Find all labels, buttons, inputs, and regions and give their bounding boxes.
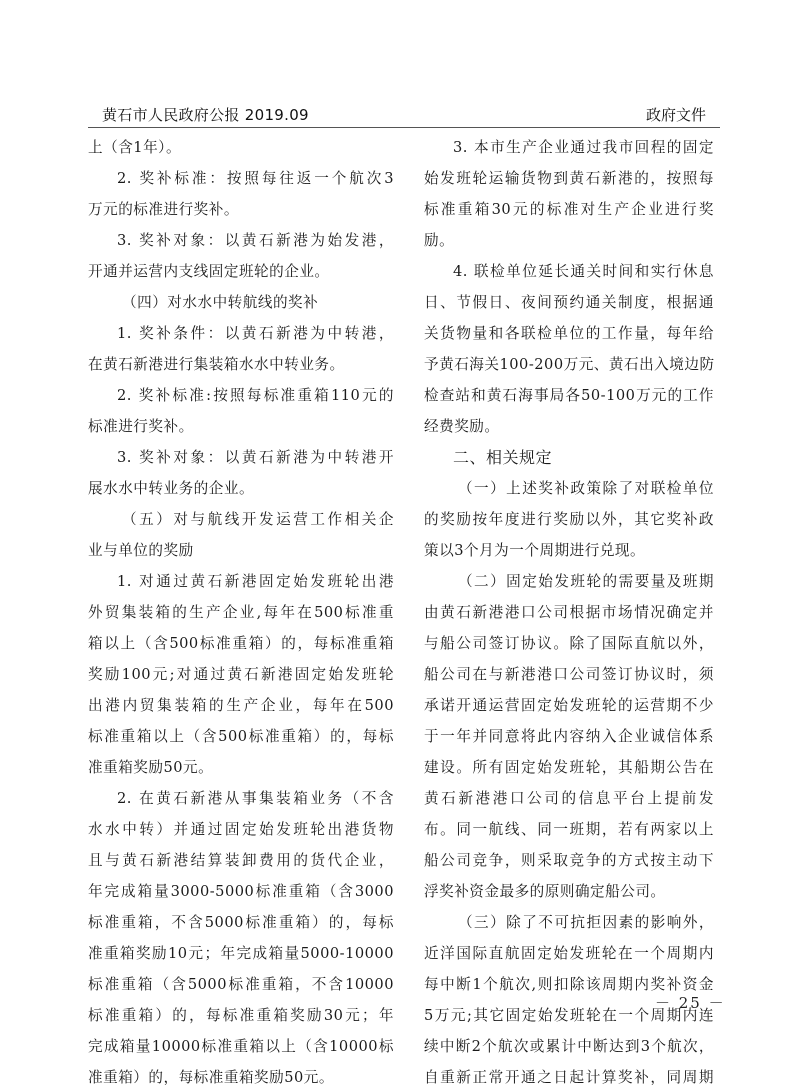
text-line: 外贸集装箱的生产企业,每年在500标准重 (88, 597, 394, 628)
text-line: 承诺开通运营固定始发班轮的运营期不少 (424, 690, 714, 721)
text-line: 2. 奖补标准:按照每标准重箱110元的 (88, 380, 394, 411)
text-line: 且与黄石新港结算装卸费用的货代企业， (88, 845, 394, 876)
text-line: （二）固定始发班轮的需要量及班期 (424, 566, 714, 597)
text-line: （一）上述奖补政策除了对联检单位 (424, 473, 714, 504)
text-line: 1. 对通过黄石新港固定始发班轮出港 (88, 566, 394, 597)
text-line: 由黄石新港港口公司根据市场情况确定并 (424, 597, 714, 628)
text-line: 上（含1年）。 (88, 132, 394, 163)
publication-title: 黄石市人民政府公报 2019.09 (102, 104, 309, 125)
text-line: 2. 在黄石新港从事集装箱业务（不含 (88, 783, 394, 814)
text-line: 3. 本市生产企业通过我市回程的固定 (424, 132, 714, 163)
text-line: 开通并运营内支线固定班轮的企业。 (88, 256, 394, 287)
text-line: 始发班轮运输货物到黄石新港的，按照每 (424, 163, 714, 194)
text-line: 万元的标准进行奖补。 (88, 194, 394, 225)
text-line: 箱以上（含500标准重箱）的，每标准重箱 (88, 628, 394, 659)
text-line: 3. 奖补对象：以黄石新港为始发港， (88, 225, 394, 256)
text-line: 自重新正常开通之日起计算奖补，同周期 (424, 1062, 714, 1085)
text-line: 准重箱）的，每标准重箱奖励50元。 (88, 1062, 394, 1085)
text-line: 准重箱奖励10元；年完成箱量5000-10000 (88, 938, 394, 969)
page-number: － 25 － (655, 992, 726, 1013)
text-line: 船公司在与新港港口公司签订协议时，须 (424, 659, 714, 690)
text-line: 展水水中转业务的企业。 (88, 473, 394, 504)
text-line: 建设。所有固定始发班轮，其船期公告在 (424, 752, 714, 783)
text-line: 水水中转）并通过固定始发班轮出港货物 (88, 814, 394, 845)
running-header: 黄石市人民政府公报 2019.09 政府文件 (88, 100, 720, 128)
text-line: 经费奖励。 (424, 411, 714, 442)
text-line: 2. 奖补标准：按照每往返一个航次3 (88, 163, 394, 194)
text-line: 关货物量和各联检单位的工作量，每年给 (424, 318, 714, 349)
text-line: 奖励100元;对通过黄石新港固定始发班轮 (88, 659, 394, 690)
text-line: 4. 联检单位延长通关时间和实行休息 (424, 256, 714, 287)
text-line: 浮奖补资金最多的原则确定船公司。 (424, 876, 714, 907)
text-line: 标准重箱）的，每标准重箱奖励30元；年 (88, 1000, 394, 1031)
text-line: 3. 奖补对象：以黄石新港为中转港开 (88, 442, 394, 473)
text-line: 的奖励按年度进行奖励以外，其它奖补政 (424, 504, 714, 535)
text-line: 船公司竞争，则采取竞争的方式按主动下 (424, 845, 714, 876)
text-line: 布。同一航线、同一班期，若有两家以上 (424, 814, 714, 845)
text-line: 与船公司签订协议。除了国际直航以外， (424, 628, 714, 659)
text-line: 检查站和黄石海事局各50-100万元的工作 (424, 380, 714, 411)
text-line: 出港内贸集装箱的生产企业，每年在500 (88, 690, 394, 721)
section-label: 政府文件 (646, 104, 706, 125)
text-line: 于一年并同意将此内容纳入企业诚信体系 (424, 721, 714, 752)
text-line: 续中断2个航次或累计中断达到3个航次， (424, 1031, 714, 1062)
left-text-column: 上（含1年）。2. 奖补标准：按照每往返一个航次3万元的标准进行奖补。3. 奖补… (88, 132, 394, 1085)
text-line: 标准重箱30元的标准对生产企业进行奖 (424, 194, 714, 225)
section-heading: 二、相关规定 (424, 442, 714, 473)
text-line: 业与单位的奖励 (88, 535, 394, 566)
text-line: （四）对水水中转航线的奖补 (88, 287, 394, 318)
text-line: 标准重箱（含5000标准重箱，不含10000 (88, 969, 394, 1000)
text-line: 近洋国际直航固定始发班轮在一个周期内 (424, 938, 714, 969)
text-line: 在黄石新港进行集装箱水水中转业务。 (88, 349, 394, 380)
text-line: （五）对与航线开发运营工作相关企 (88, 504, 394, 535)
text-line: 准重箱奖励50元。 (88, 752, 394, 783)
text-line: 日、节假日、夜间预约通关制度，根据通 (424, 287, 714, 318)
text-line: 1. 奖补条件：以黄石新港为中转港， (88, 318, 394, 349)
text-line: 予黄石海关100-200万元、黄石出入境边防 (424, 349, 714, 380)
text-line: （三）除了不可抗拒因素的影响外， (424, 907, 714, 938)
text-line: 策以3个月为一个周期进行兑现。 (424, 535, 714, 566)
text-line: 标准重箱以上（含500标准重箱）的，每标 (88, 721, 394, 752)
text-line: 标准进行奖补。 (88, 411, 394, 442)
text-line: 年完成箱量3000-5000标准重箱（含3000 (88, 876, 394, 907)
text-line: 黄石新港港口公司的信息平台上提前发 (424, 783, 714, 814)
text-line: 标准重箱，不含5000标准重箱）的，每标 (88, 907, 394, 938)
right-text-column: 3. 本市生产企业通过我市回程的固定始发班轮运输货物到黄石新港的，按照每标准重箱… (424, 132, 714, 1085)
text-line: 励。 (424, 225, 714, 256)
text-line: 完成箱量10000标准重箱以上（含10000标 (88, 1031, 394, 1062)
